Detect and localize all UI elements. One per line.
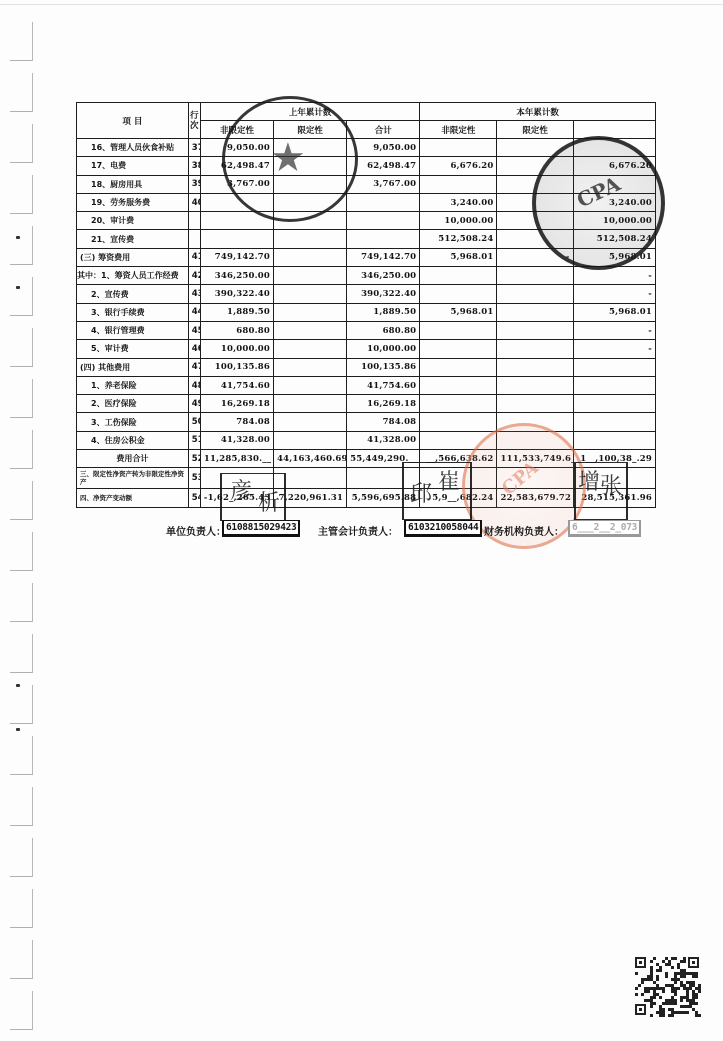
cell-py-unres: 1,889.50 bbox=[200, 303, 273, 321]
cell-cy-res bbox=[497, 175, 573, 193]
cell-py-res bbox=[274, 413, 347, 431]
accountant-seal-code: 6103210058044 bbox=[404, 520, 482, 537]
binding-tick bbox=[10, 124, 33, 163]
cell-cy-unres bbox=[420, 340, 497, 358]
row-line-number: 47 bbox=[188, 358, 200, 376]
cell-cy-total bbox=[573, 139, 655, 157]
cell-py-res bbox=[274, 303, 347, 321]
finance-head-seal-code: 6___2__2_073 bbox=[568, 520, 641, 537]
binding-hole bbox=[16, 728, 20, 731]
cell-py-total: 41,328.00 bbox=[347, 431, 420, 449]
table-row: 5、审计费4610,000.0010,000.00- bbox=[77, 340, 656, 358]
row-item-label: 三、限定性净资产转为非限定性净资产 bbox=[77, 468, 189, 489]
row-item-label: 3、工伤保险 bbox=[77, 413, 189, 431]
table-row: 18、厨房用具393,767.003,767.00 bbox=[77, 175, 656, 193]
table-row: 20、审计费10,000.0010,000.00 bbox=[77, 212, 656, 230]
row-line-number: 43 bbox=[188, 285, 200, 303]
expense-report-table: 项 目 行次 上年累计数 本年累计数 非限定性 限定性 合计 非限定性 限定性 … bbox=[76, 102, 656, 508]
table-row: 4、住房公积金5141,328.0041,328.00 bbox=[77, 431, 656, 449]
table-row: 2、医疗保险4916,269.1816,269.18 bbox=[77, 395, 656, 413]
cell-cy-res bbox=[497, 139, 573, 157]
row-item-label: (三) 筹资费用 bbox=[77, 248, 189, 266]
cell-py-total: 9,050.00 bbox=[347, 139, 420, 157]
cell-py-res bbox=[274, 285, 347, 303]
cell-py-unres: 10,000.00 bbox=[200, 340, 273, 358]
table-row: (四) 其他费用47100,135.86100,135.86 bbox=[77, 358, 656, 376]
cell-cy-res: - bbox=[497, 248, 573, 266]
row-line-number: 39 bbox=[188, 175, 200, 193]
binding-tick bbox=[10, 226, 33, 265]
row-line-number: 37 bbox=[188, 139, 200, 157]
cell-py-res bbox=[274, 340, 347, 358]
cell-cy-total bbox=[573, 376, 655, 394]
cell-cy-unres bbox=[420, 395, 497, 413]
cell-py-res bbox=[274, 395, 347, 413]
cell-py-res bbox=[274, 248, 347, 266]
unit-head-label: 单位负责人： bbox=[166, 523, 226, 538]
table-row: 三、限定性净资产转为非限定性净资产53 bbox=[77, 468, 656, 489]
binding-tick bbox=[10, 481, 33, 520]
header-line-no: 行次 bbox=[188, 103, 200, 139]
cell-cy-total: 512,508.24 bbox=[573, 230, 655, 248]
cell-cy-unres bbox=[420, 358, 497, 376]
cell-py-res bbox=[274, 193, 347, 211]
binding-hole bbox=[16, 286, 20, 289]
signature-char: 增 bbox=[578, 465, 600, 496]
cell-cy-total bbox=[573, 413, 655, 431]
cell-cy-unres bbox=[420, 285, 497, 303]
binding-hole bbox=[16, 236, 20, 239]
cell-py-res bbox=[274, 267, 347, 285]
cell-py-total bbox=[347, 230, 420, 248]
row-item-label: 5、审计费 bbox=[77, 340, 189, 358]
row-line-number: 41 bbox=[188, 248, 200, 266]
binding-tick bbox=[10, 838, 33, 877]
binding-hole bbox=[16, 684, 20, 687]
table-row: 17、电费3862,498.4762,498.476,676.206,676.2… bbox=[77, 157, 656, 175]
cell-cy-res bbox=[497, 193, 573, 211]
cell-cy-unres bbox=[420, 321, 497, 339]
row-item-label: 19、劳务服务费 bbox=[77, 193, 189, 211]
cell-cy-total: - bbox=[573, 340, 655, 358]
cell-cy-total bbox=[573, 358, 655, 376]
cell-cy-res bbox=[497, 230, 573, 248]
cell-py-total: 41,754.60 bbox=[347, 376, 420, 394]
cell-py-res bbox=[274, 321, 347, 339]
row-line-number bbox=[188, 212, 200, 230]
finance-head-label: 财务机构负责人： bbox=[484, 523, 564, 538]
table-row: 19、劳务服务费403,240.003,240.00 bbox=[77, 193, 656, 211]
cell-py-unres bbox=[200, 230, 273, 248]
row-item-label: 16、管理人员伙食补贴 bbox=[77, 139, 189, 157]
cell-py-unres bbox=[200, 193, 273, 211]
cell-py-total bbox=[347, 193, 420, 211]
table-row: 3、银行手续费441,889.501,889.505,968.015,968.0… bbox=[77, 303, 656, 321]
row-line-number: 46 bbox=[188, 340, 200, 358]
row-line-number: 53 bbox=[188, 468, 200, 489]
cell-cy-res bbox=[497, 212, 573, 230]
row-item-label: 其中：1、筹资人员工作经费 bbox=[77, 267, 189, 285]
cell-cy-total: 5,968.01 bbox=[573, 248, 655, 266]
row-line-number: 49 bbox=[188, 395, 200, 413]
cell-py-total: 3,767.00 bbox=[347, 175, 420, 193]
cell-py-unres: 100,135.86 bbox=[200, 358, 273, 376]
cell-cy-unres bbox=[420, 267, 497, 285]
row-line-number: 50 bbox=[188, 413, 200, 431]
cell-cy-res bbox=[497, 321, 573, 339]
cell-py-res bbox=[274, 376, 347, 394]
row-item-label: 3、银行手续费 bbox=[77, 303, 189, 321]
cell-cy-unres bbox=[420, 413, 497, 431]
cell-cy-unres: 5,968.01 bbox=[420, 248, 497, 266]
cell-py-res bbox=[274, 358, 347, 376]
binding-tick bbox=[10, 277, 33, 316]
binding-tick bbox=[10, 379, 33, 418]
cell-cy-res bbox=[497, 395, 573, 413]
cell-py-unres: 390,322.40 bbox=[200, 285, 273, 303]
signature-box-unit-head: 彦 析 bbox=[220, 473, 286, 521]
row-line-number: 52 bbox=[188, 450, 200, 468]
table-row: 4、银行管理费45680.80680.80- bbox=[77, 321, 656, 339]
signature-char: 张 bbox=[600, 469, 622, 500]
header-cy-restricted: 限定性 bbox=[497, 121, 573, 139]
table-row: 费用合计5211,285,830.__44,163,460.6955,449,2… bbox=[77, 450, 656, 468]
cell-py-total bbox=[347, 212, 420, 230]
cell-py-unres: 3,767.00 bbox=[200, 175, 273, 193]
cell-py-unres: 11,285,830.__ bbox=[200, 450, 273, 468]
cell-cy-res bbox=[497, 358, 573, 376]
row-line-number: 42 bbox=[188, 267, 200, 285]
row-item-label: 21、宣传费 bbox=[77, 230, 189, 248]
cell-py-total: 784.08 bbox=[347, 413, 420, 431]
row-item-label: (四) 其他费用 bbox=[77, 358, 189, 376]
cell-py-res bbox=[274, 212, 347, 230]
qr-code bbox=[635, 957, 699, 1015]
row-item-label: 4、住房公积金 bbox=[77, 431, 189, 449]
star-seal-icon: ★ bbox=[270, 138, 306, 178]
cell-cy-res bbox=[497, 267, 573, 285]
cell-cy-total: - bbox=[573, 321, 655, 339]
binding-tick bbox=[10, 175, 33, 214]
signature-char: 邱 bbox=[410, 477, 432, 508]
cell-py-total: 16,269.18 bbox=[347, 395, 420, 413]
cell-cy-total: - bbox=[573, 267, 655, 285]
header-py-total: 合计 bbox=[347, 121, 420, 139]
cell-py-res bbox=[274, 230, 347, 248]
header-cy-unrestricted: 非限定性 bbox=[420, 121, 497, 139]
cell-cy-unres bbox=[420, 431, 497, 449]
table-row: 四、净资产变动额54-1,62_,265.437,220,961.315,596… bbox=[77, 489, 656, 507]
header-row-1: 项 目 行次 上年累计数 本年累计数 bbox=[77, 103, 656, 121]
table-row: 2、宣传费43390,322.40390,322.40- bbox=[77, 285, 656, 303]
cell-cy-total bbox=[573, 395, 655, 413]
cell-cy-res bbox=[497, 303, 573, 321]
row-item-label: 费用合计 bbox=[77, 450, 189, 468]
cell-py-res bbox=[274, 431, 347, 449]
cell-cy-total bbox=[573, 431, 655, 449]
signature-footer: 单位负责人： 6108815029423 主管会计负责人： 6103210058… bbox=[0, 518, 723, 542]
cell-cy-unres bbox=[420, 376, 497, 394]
cell-cy-unres bbox=[420, 139, 497, 157]
row-line-number: 45 bbox=[188, 321, 200, 339]
unit-head-seal-code: 6108815029423 bbox=[222, 520, 300, 537]
row-line-number: 38 bbox=[188, 157, 200, 175]
cell-cy-res bbox=[497, 157, 573, 175]
cell-py-total: 100,135.86 bbox=[347, 358, 420, 376]
cell-cy-res bbox=[497, 431, 573, 449]
row-item-label: 18、厨房用具 bbox=[77, 175, 189, 193]
binding-tick bbox=[10, 787, 33, 826]
table-row: 21、宣传费512,508.24512,508.24 bbox=[77, 230, 656, 248]
binding-tick bbox=[10, 685, 33, 724]
cell-py-total: 680.80 bbox=[347, 321, 420, 339]
row-item-label: 2、医疗保险 bbox=[77, 395, 189, 413]
cell-py-unres: 9,050.00 bbox=[200, 139, 273, 157]
cell-cy-unres bbox=[420, 175, 497, 193]
signature-box-accountant: 邱 崔 bbox=[402, 462, 472, 520]
cell-cy-unres: 10,000.00 bbox=[420, 212, 497, 230]
cell-py-unres: 16,269.18 bbox=[200, 395, 273, 413]
row-line-number bbox=[188, 230, 200, 248]
table-row: 其中：1、筹资人员工作经费42346,250.00346,250.00- bbox=[77, 267, 656, 285]
signature-char: 崔 bbox=[438, 465, 460, 496]
cell-cy-res bbox=[497, 413, 573, 431]
row-item-label: 1、养老保险 bbox=[77, 376, 189, 394]
binding-tick bbox=[10, 583, 33, 622]
cell-py-total: 346,250.00 bbox=[347, 267, 420, 285]
table-row: 16、管理人员伙食补贴379,050.009,050.00 bbox=[77, 139, 656, 157]
cell-cy-total: - bbox=[573, 285, 655, 303]
table-row: 3、工伤保险50784.08784.08 bbox=[77, 413, 656, 431]
binding-tick bbox=[10, 328, 33, 367]
binding-tick bbox=[10, 430, 33, 469]
cell-cy-total: 5,968.01 bbox=[573, 303, 655, 321]
cell-py-total: 1,889.50 bbox=[347, 303, 420, 321]
row-item-label: 2、宣传费 bbox=[77, 285, 189, 303]
accountant-label: 主管会计负责人： bbox=[318, 523, 398, 538]
row-item-label: 4、银行管理费 bbox=[77, 321, 189, 339]
header-prior-year: 上年累计数 bbox=[200, 103, 419, 121]
signature-char: 析 bbox=[258, 486, 280, 517]
row-item-label: 20、审计费 bbox=[77, 212, 189, 230]
cell-cy-res bbox=[497, 285, 573, 303]
scan-edge-line bbox=[0, 4, 723, 5]
cell-py-total: 62,498.47 bbox=[347, 157, 420, 175]
binding-tick bbox=[10, 991, 33, 1030]
binding-tick bbox=[10, 634, 33, 673]
cell-cy-res bbox=[497, 340, 573, 358]
binding-tick bbox=[10, 22, 33, 61]
cell-cy-unres: 512,508.24 bbox=[420, 230, 497, 248]
cell-py-unres bbox=[200, 212, 273, 230]
header-cy-total bbox=[573, 121, 655, 139]
row-line-number: 48 bbox=[188, 376, 200, 394]
row-item-label: 四、净资产变动额 bbox=[77, 489, 189, 507]
cell-py-total: 749,142.70 bbox=[347, 248, 420, 266]
cell-py-total: 390,322.40 bbox=[347, 285, 420, 303]
table-row: (三) 筹资费用41749,142.70749,142.705,968.01-5… bbox=[77, 248, 656, 266]
row-line-number: 54 bbox=[188, 489, 200, 507]
cell-cy-unres: 3,240.00 bbox=[420, 193, 497, 211]
binding-tick bbox=[10, 889, 33, 928]
cell-cy-total: 10,000.00 bbox=[573, 212, 655, 230]
row-line-number: 40 bbox=[188, 193, 200, 211]
cell-py-unres: 749,142.70 bbox=[200, 248, 273, 266]
cell-py-res: 44,163,460.69 bbox=[274, 450, 347, 468]
binding-tick bbox=[10, 736, 33, 775]
row-item-label: 17、电费 bbox=[77, 157, 189, 175]
cell-py-total: 10,000.00 bbox=[347, 340, 420, 358]
cell-py-unres: 41,328.00 bbox=[200, 431, 273, 449]
cell-cy-unres: 6,676.20 bbox=[420, 157, 497, 175]
row-line-number: 51 bbox=[188, 431, 200, 449]
header-current-year: 本年累计数 bbox=[420, 103, 656, 121]
row-line-number: 44 bbox=[188, 303, 200, 321]
cell-py-unres: 41,754.60 bbox=[200, 376, 273, 394]
header-py-unrestricted: 非限定性 bbox=[200, 121, 273, 139]
cell-py-unres: 346,250.00 bbox=[200, 267, 273, 285]
cell-py-unres: 784.08 bbox=[200, 413, 273, 431]
header-item: 项 目 bbox=[77, 103, 189, 139]
cell-cy-res bbox=[497, 376, 573, 394]
table-row: 1、养老保险4841,754.6041,754.60 bbox=[77, 376, 656, 394]
signature-box-finance-head: 增 张 bbox=[574, 462, 628, 520]
signature-char: 彦 bbox=[230, 474, 252, 505]
binding-tick bbox=[10, 940, 33, 979]
cell-py-unres: 62,498.47 bbox=[200, 157, 273, 175]
binding-tick bbox=[10, 73, 33, 112]
cell-py-unres: 680.80 bbox=[200, 321, 273, 339]
cell-cy-unres: 5,968.01 bbox=[420, 303, 497, 321]
